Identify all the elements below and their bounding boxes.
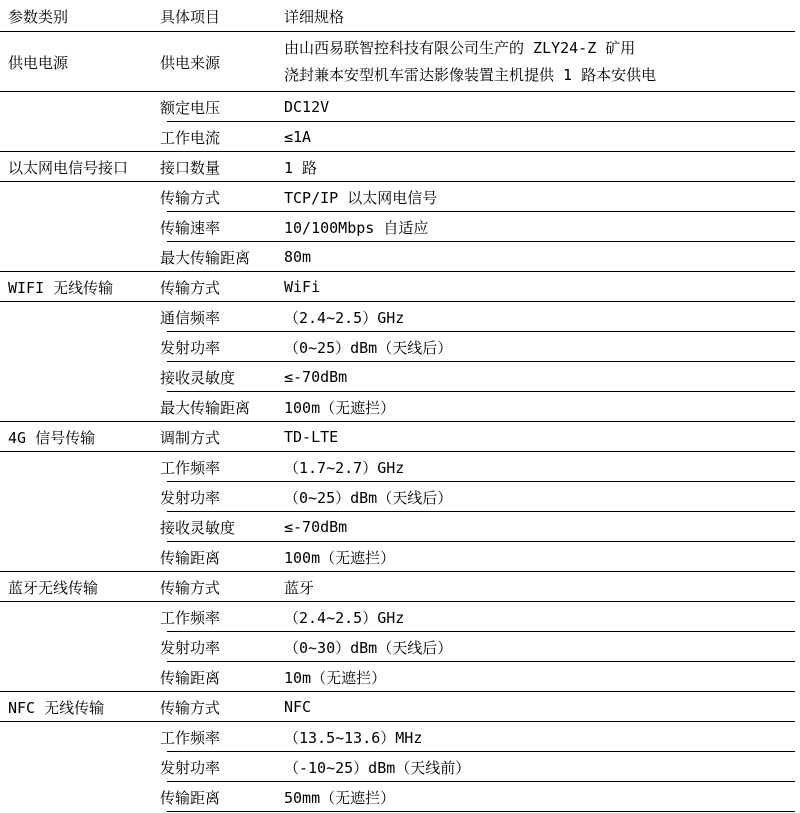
table-row-category: 以太网电信号接口接口数量1 路 (0, 152, 795, 182)
item-cell: 发射功率 (160, 487, 284, 508)
table-row: 发射功率（0~25）dBm（天线后） (0, 332, 795, 362)
category-cell: 蓝牙无线传输 (0, 577, 160, 598)
table-row-category: 4G 信号传输调制方式TD-LTE (0, 422, 795, 452)
table-row: 接收灵敏度≤-70dBm (0, 512, 795, 542)
spec-cell: 10m（无遮拦） (284, 667, 795, 688)
table-body: 供电电源供电来源由山西易联智控科技有限公司生产的 ZLY24-Z 矿用浇封兼本安… (0, 32, 795, 812)
table-row: 传输距离100m（无遮拦） (0, 542, 795, 572)
item-cell: 传输距离 (160, 667, 284, 688)
table-row-category: WIFI 无线传输传输方式WiFi (0, 272, 795, 302)
spec-cell: NFC (284, 698, 795, 716)
item-cell: 传输距离 (160, 787, 284, 808)
item-cell: 传输方式 (160, 577, 284, 598)
spec-cell: 由山西易联智控科技有限公司生产的 ZLY24-Z 矿用浇封兼本安型机车雷达影像装… (284, 35, 795, 89)
col-header-spec: 详细规格 (284, 6, 795, 27)
item-cell: 供电来源 (160, 52, 284, 73)
table-header-row: 参数类别 具体项目 详细规格 (0, 0, 795, 32)
table-row: 接收灵敏度≤-70dBm (0, 362, 795, 392)
spec-cell: 1 路 (284, 157, 795, 178)
item-cell: 发射功率 (160, 337, 284, 358)
spec-line: 由山西易联智控科技有限公司生产的 ZLY24-Z 矿用 (284, 35, 795, 62)
spec-cell: WiFi (284, 278, 795, 296)
spec-cell: （0~30）dBm（天线后） (284, 637, 795, 658)
spec-cell: TD-LTE (284, 428, 795, 446)
col-header-category: 参数类别 (0, 6, 160, 27)
table-row: 传输距离50mm（无遮拦） (0, 782, 795, 812)
table-row: 发射功率（0~30）dBm（天线后） (0, 632, 795, 662)
item-cell: 最大传输距离 (160, 397, 284, 418)
item-cell: 最大传输距离 (160, 247, 284, 268)
category-cell: 供电电源 (0, 52, 160, 73)
item-cell: 工作频率 (160, 457, 284, 478)
item-cell: 工作电流 (160, 127, 284, 148)
item-cell: 发射功率 (160, 637, 284, 658)
item-cell: 传输方式 (160, 187, 284, 208)
spec-cell: 100m（无遮拦） (284, 547, 795, 568)
table-row: 额定电压DC12V (0, 92, 795, 122)
spec-cell: （13.5~13.6）MHz (284, 727, 795, 748)
table-row-category: 蓝牙无线传输传输方式蓝牙 (0, 572, 795, 602)
table-row: 传输距离10m（无遮拦） (0, 662, 795, 692)
table-row-category: NFC 无线传输传输方式NFC (0, 692, 795, 722)
table-row: 传输方式TCP/IP 以太网电信号 (0, 182, 795, 212)
item-cell: 接口数量 (160, 157, 284, 178)
item-cell: 调制方式 (160, 427, 284, 448)
spec-table: 参数类别 具体项目 详细规格 供电电源供电来源由山西易联智控科技有限公司生产的 … (0, 0, 795, 812)
spec-cell: ≤-70dBm (284, 518, 795, 536)
category-cell: NFC 无线传输 (0, 697, 160, 718)
item-cell: 传输速率 (160, 217, 284, 238)
table-row: 发射功率（0~25）dBm（天线后） (0, 482, 795, 512)
spec-cell: TCP/IP 以太网电信号 (284, 187, 795, 208)
table-row-category: 供电电源供电来源由山西易联智控科技有限公司生产的 ZLY24-Z 矿用浇封兼本安… (0, 32, 795, 92)
spec-cell: ≤-70dBm (284, 368, 795, 386)
table-row: 发射功率（-10~25）dBm（天线前） (0, 752, 795, 782)
spec-cell: 蓝牙 (284, 577, 795, 598)
spec-cell: 80m (284, 248, 795, 266)
item-cell: 额定电压 (160, 97, 284, 118)
spec-cell: （0~25）dBm（天线后） (284, 487, 795, 508)
table-row: 工作频率（2.4~2.5）GHz (0, 602, 795, 632)
table-row: 最大传输距离80m (0, 242, 795, 272)
category-cell: 4G 信号传输 (0, 427, 160, 448)
item-cell: 接收灵敏度 (160, 367, 284, 388)
spec-cell: DC12V (284, 98, 795, 116)
row-divider (167, 811, 795, 812)
item-cell: 工作频率 (160, 727, 284, 748)
table-row: 工作电流≤1A (0, 122, 795, 152)
spec-cell: 100m（无遮拦） (284, 397, 795, 418)
spec-line: 浇封兼本安型机车雷达影像装置主机提供 1 路本安供电 (284, 62, 795, 89)
spec-cell: 50mm（无遮拦） (284, 787, 795, 808)
item-cell: 传输距离 (160, 547, 284, 568)
spec-cell: ≤1A (284, 128, 795, 146)
table-row: 传输速率10/100Mbps 自适应 (0, 212, 795, 242)
item-cell: 通信频率 (160, 307, 284, 328)
spec-cell: 10/100Mbps 自适应 (284, 217, 795, 238)
table-row: 工作频率（1.7~2.7）GHz (0, 452, 795, 482)
spec-cell: （0~25）dBm（天线后） (284, 337, 795, 358)
spec-cell: （-10~25）dBm（天线前） (284, 757, 795, 778)
table-row: 工作频率（13.5~13.6）MHz (0, 722, 795, 752)
item-cell: 工作频率 (160, 607, 284, 628)
spec-cell: （2.4~2.5）GHz (284, 607, 795, 628)
table-row: 最大传输距离100m（无遮拦） (0, 392, 795, 422)
category-cell: WIFI 无线传输 (0, 277, 160, 298)
table-row: 通信频率（2.4~2.5）GHz (0, 302, 795, 332)
item-cell: 发射功率 (160, 757, 284, 778)
col-header-item: 具体项目 (160, 6, 284, 27)
spec-cell: （2.4~2.5）GHz (284, 307, 795, 328)
item-cell: 传输方式 (160, 277, 284, 298)
spec-cell: （1.7~2.7）GHz (284, 457, 795, 478)
item-cell: 传输方式 (160, 697, 284, 718)
category-cell: 以太网电信号接口 (0, 157, 160, 178)
item-cell: 接收灵敏度 (160, 517, 284, 538)
